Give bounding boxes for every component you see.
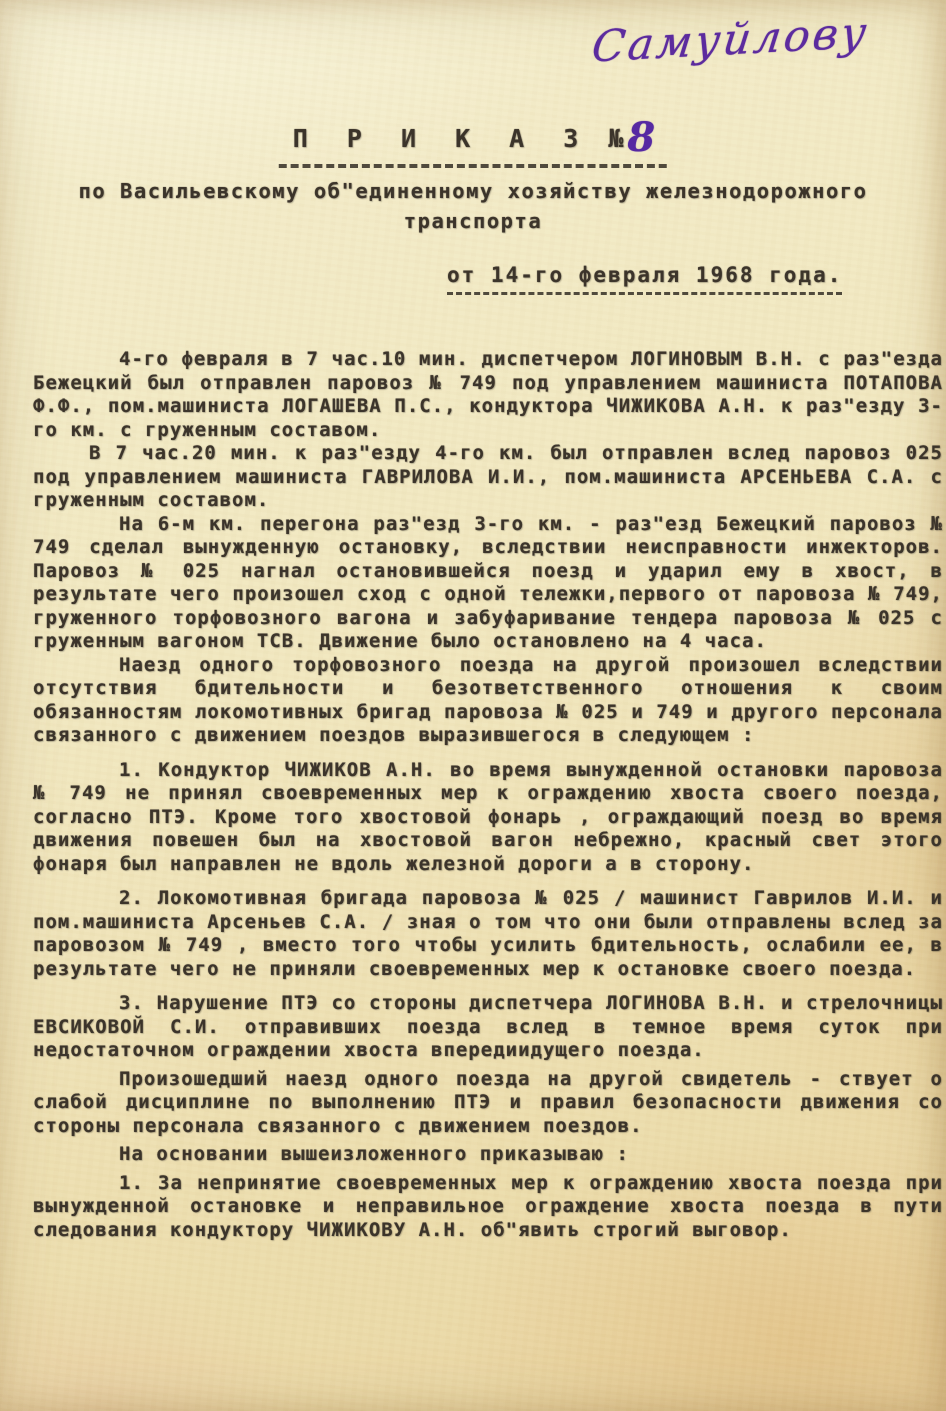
order-date-line: от 14-го февраля 1968 года. [447, 263, 842, 295]
paragraph-dispatch-749: 4-го февраля в 7 час.10 мин. диспетчером… [33, 348, 943, 442]
order-number-sign: № [608, 124, 625, 153]
paragraph-order-intro: На основании вышеизложенного приказываю … [33, 1143, 943, 1167]
order-body: 4-го февраля в 7 час.10 мин. диспетчером… [0, 348, 946, 1242]
order-number-handwritten: 8 [627, 114, 655, 161]
violation-item-3: 3. Нарушение ПТЭ со стороны диспетчера Л… [33, 992, 943, 1063]
order-item-1-reprimand: 1. За непринятие своевременных мер к огр… [33, 1172, 943, 1243]
paragraph-dispatch-025: В 7 час.20 мин. к раз"езду 4-го км. был … [33, 442, 943, 513]
order-title: П Р И К А З [293, 124, 591, 153]
paragraph-discipline-conclusion: Произошедший наезд одного поезда на друг… [33, 1068, 943, 1139]
violation-item-1: 1. Кондуктор ЧИЖИКОВ А.Н. во время вынуж… [33, 759, 943, 877]
paragraph-cause-summary: Наезд одного торфовозного поезда на друг… [33, 654, 943, 748]
violation-item-2: 2. Локомотивная бригада паровоза № 025 /… [33, 887, 943, 981]
paragraph-collision-description: На 6-м км. перегона раз"езд 3-го км. - р… [33, 513, 943, 654]
order-title-block: П Р И К А З№8 [279, 110, 667, 168]
order-subtitle: по Васильевскому об"единенному хозяйству… [53, 176, 893, 236]
